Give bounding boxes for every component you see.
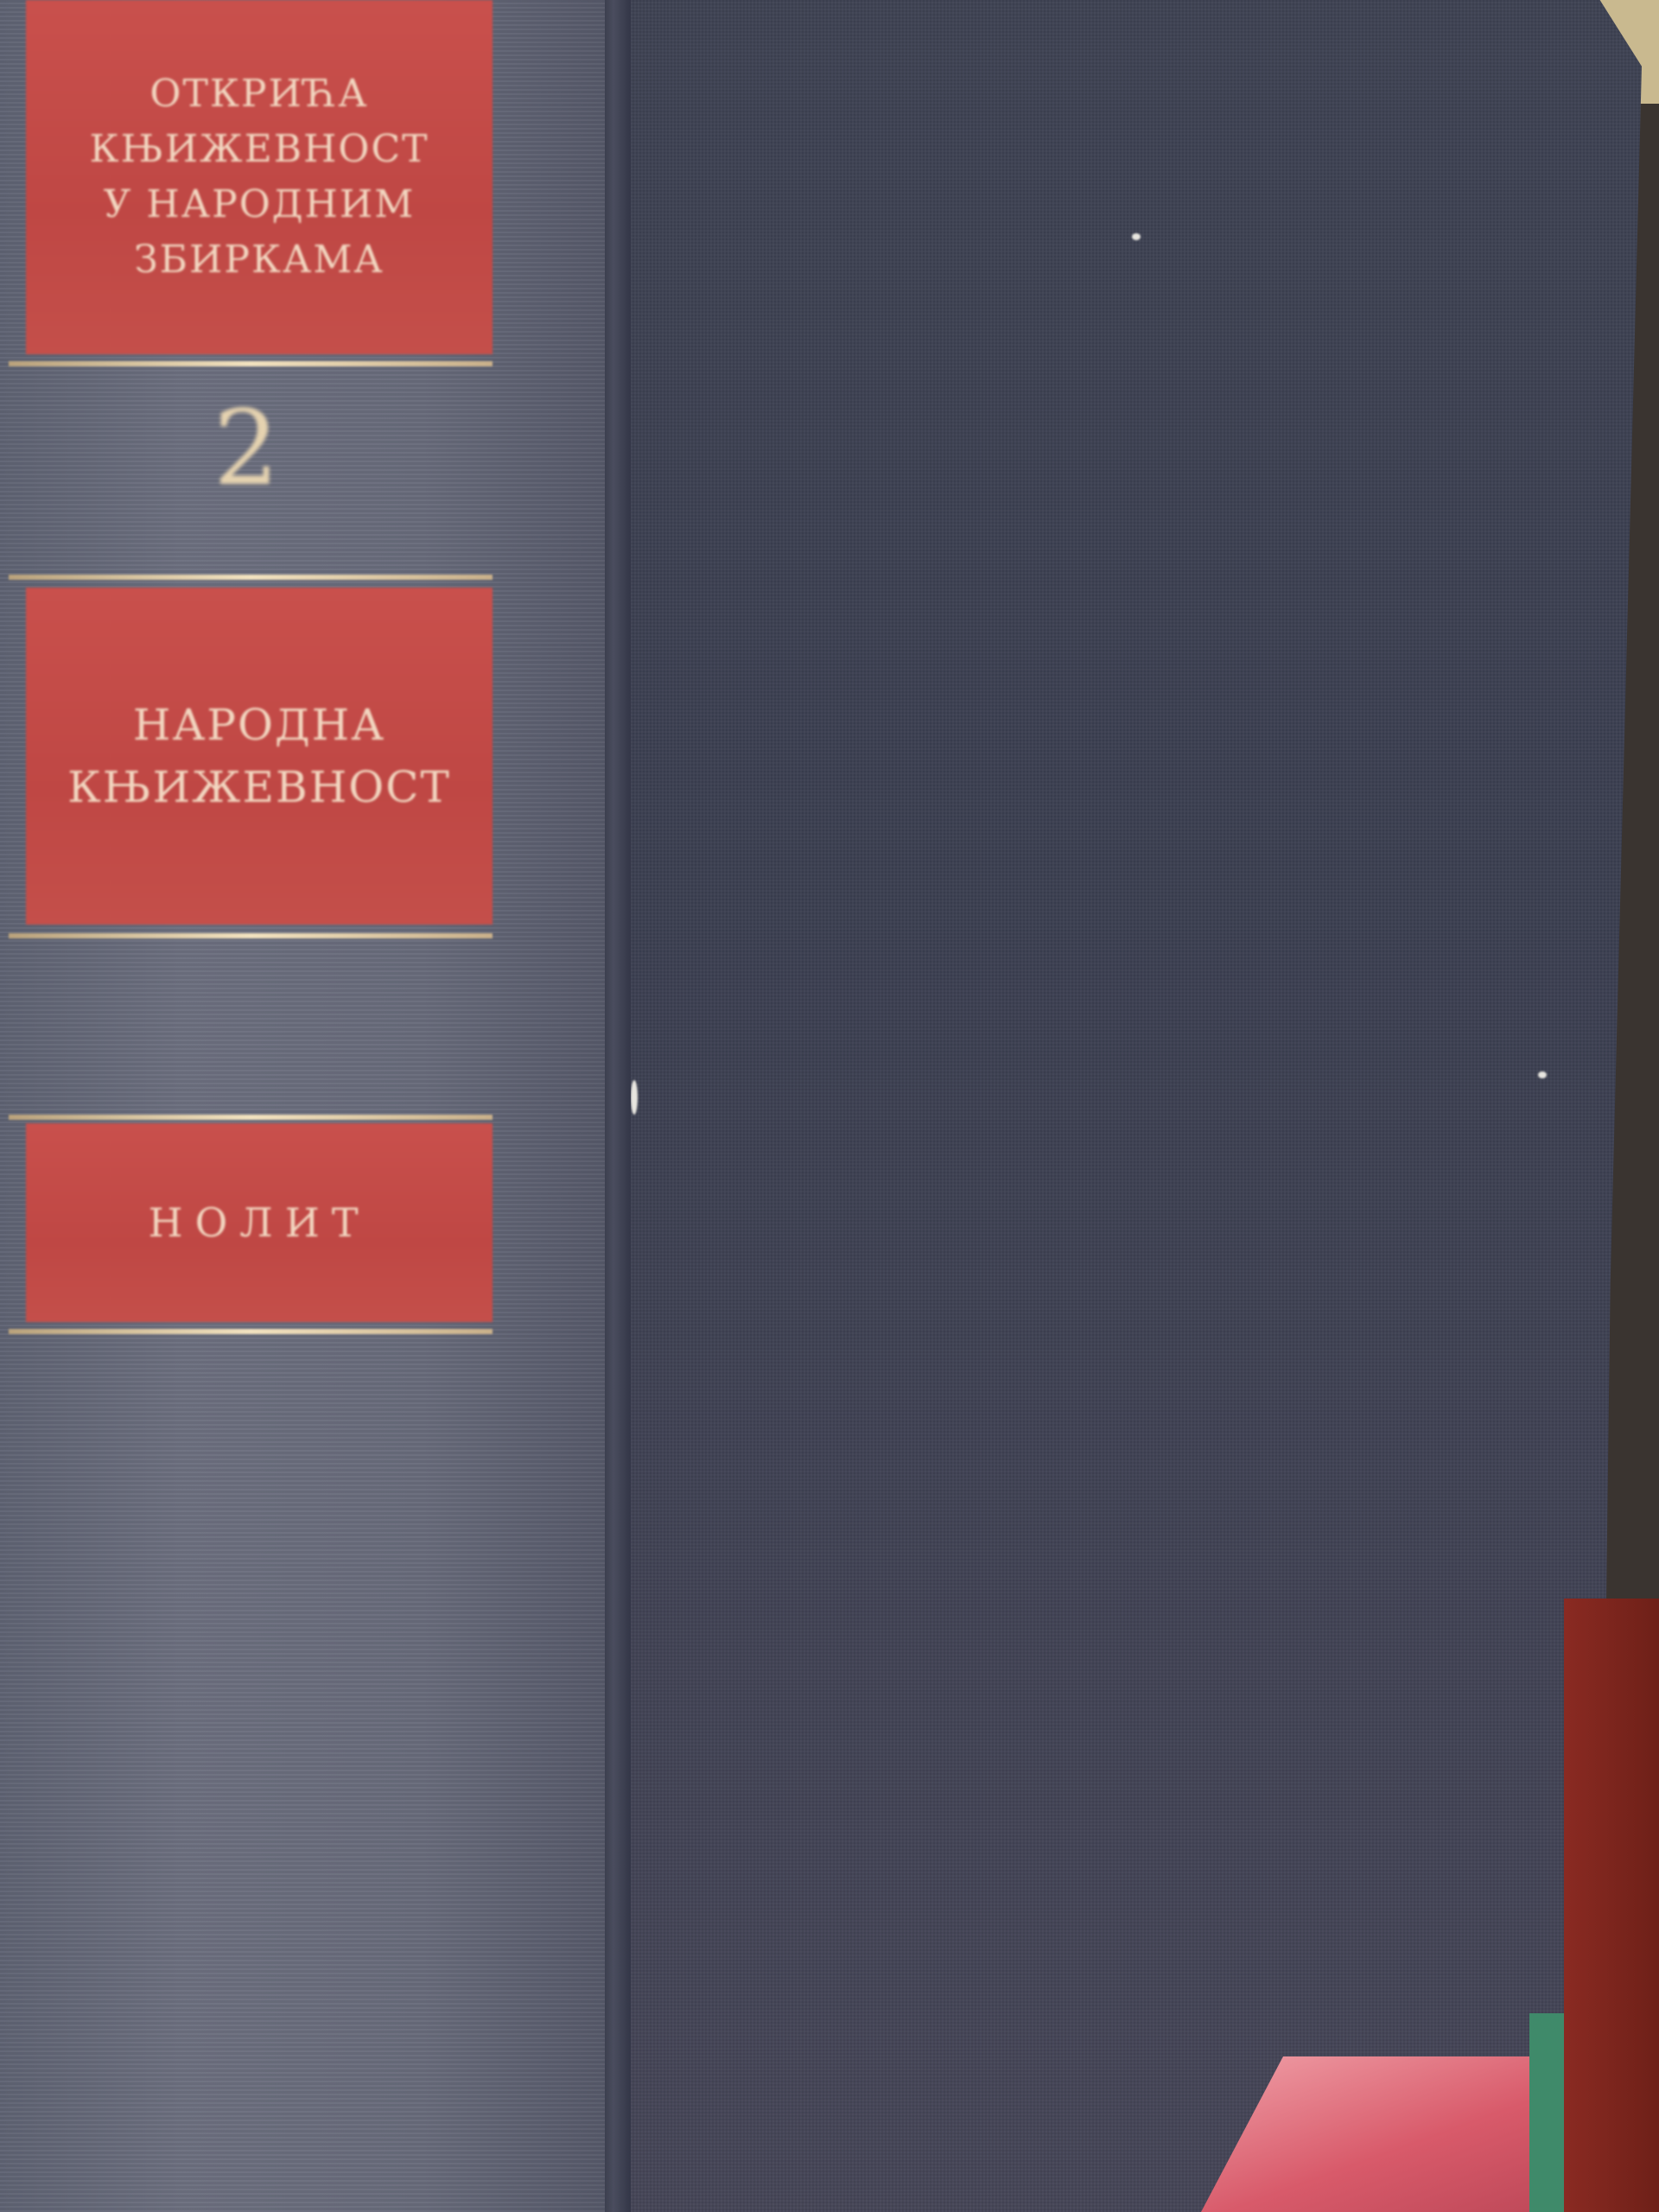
book-spine: ОТКРИЋА КЊИЖЕВНОСТ У НАРОДНИМ ЗБИРКАМА 2… — [0, 0, 605, 2212]
series-line-3: У НАРОДНИМ — [104, 177, 416, 232]
series-line-4: ЗБИРКАМА — [134, 232, 384, 288]
spine-publisher-label: НОЛИТ — [26, 1123, 493, 1322]
volume-number: 2 — [0, 389, 493, 509]
series-line-1: ОТКРИЋА — [149, 67, 368, 122]
adjacent-green-book — [1529, 2013, 1564, 2212]
publisher-name: НОЛИТ — [148, 1199, 370, 1246]
gold-rule — [9, 1115, 493, 1120]
spine-series-label: ОТКРИЋА КЊИЖЕВНОСТ У НАРОДНИМ ЗБИРКАМА — [26, 0, 493, 354]
gold-rule — [9, 361, 493, 366]
title-line-1: НАРОДНА — [133, 694, 385, 756]
photo-scene: ОТКРИЋА КЊИЖЕВНОСТ У НАРОДНИМ ЗБИРКАМА 2… — [0, 0, 1659, 2212]
book-front-cover — [596, 0, 1642, 2212]
series-line-2: КЊИЖЕВНОСТ — [90, 122, 429, 177]
gold-rule — [9, 933, 493, 938]
spine-title-label: НАРОДНА КЊИЖЕВНОСТ — [26, 588, 493, 925]
gold-rule — [9, 1329, 493, 1334]
adjacent-brown-book — [1564, 1599, 1659, 2212]
title-line-2: КЊИЖЕВНОСТ — [67, 756, 451, 818]
gold-rule — [9, 575, 493, 580]
